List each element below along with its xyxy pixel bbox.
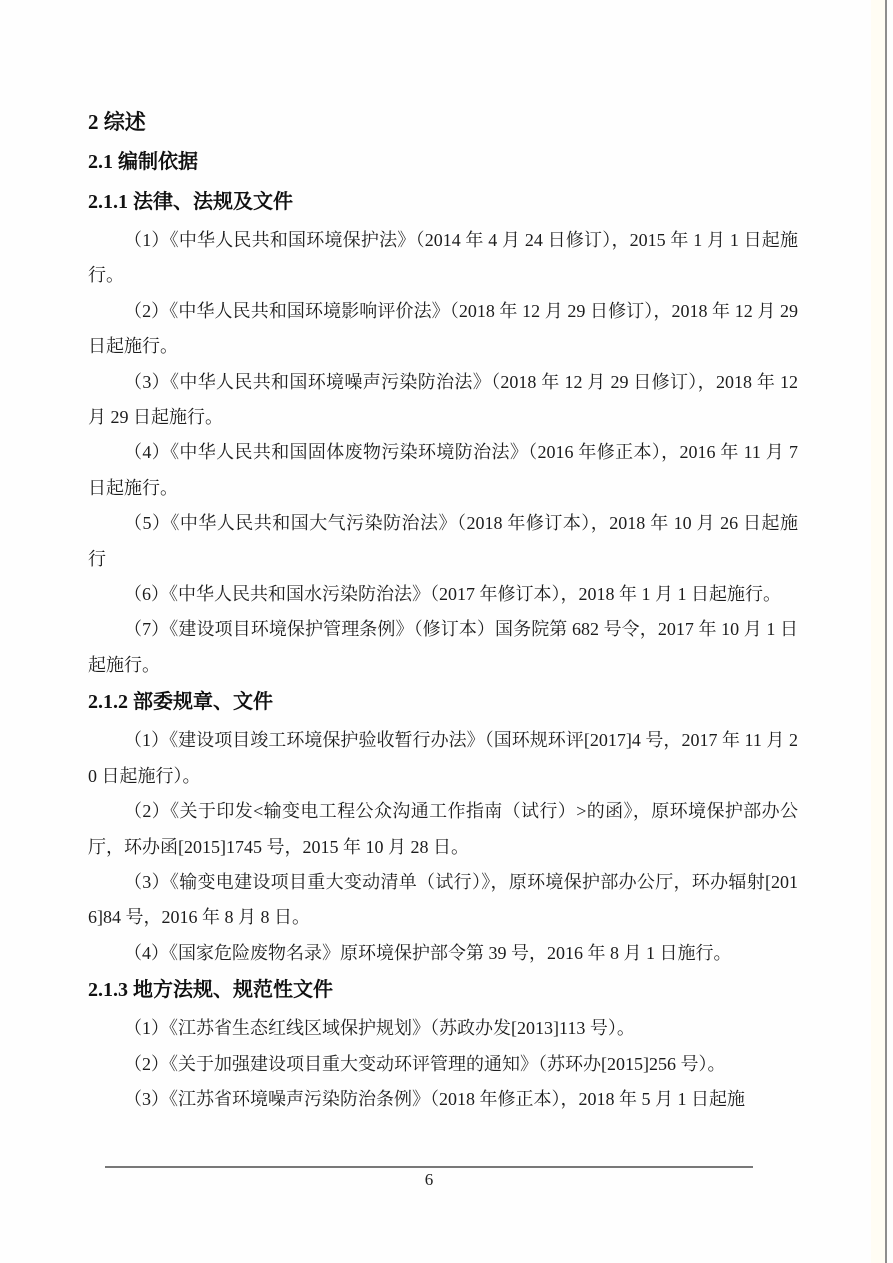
paragraph-ministry-1: （1）《建设项目竣工环境保护验收暂行办法》（国环规环评[2017]4 号，201… — [88, 723, 798, 794]
subsection-heading-local: 2.1.3 地方法规、规范性文件 — [88, 974, 798, 1006]
paragraph-law-7: （7）《建设项目环境保护管理条例》（修订本）国务院第 682 号令，2017 年… — [88, 612, 798, 683]
paragraph-ministry-4: （4）《国家危险废物名录》原环境保护部令第 39 号，2016 年 8 月 1 … — [88, 936, 798, 971]
paragraph-ministry-2: （2）《关于印发<输变电工程公众沟通工作指南（试行）>的函》，原环境保护部办公厅… — [88, 794, 798, 865]
paragraph-law-3: （3）《中华人民共和国环境噪声污染防治法》（2018 年 12 月 29 日修订… — [88, 365, 798, 436]
paragraph-law-4: （4）《中华人民共和国固体废物污染环境防治法》（2016 年修正本），2016 … — [88, 435, 798, 506]
page-edge-shadow — [871, 0, 885, 1263]
subsection-heading-ministry: 2.1.2 部委规章、文件 — [88, 686, 798, 718]
paragraph-law-5: （5）《中华人民共和国大气污染防治法》（2018 年修订本），2018 年 10… — [88, 506, 798, 577]
page-edge-line — [885, 0, 887, 1263]
paragraph-local-1: （1）《江苏省生态红线区域保护规划》（苏政办发[2013]113 号）。 — [88, 1011, 798, 1046]
paragraph-law-2: （2）《中华人民共和国环境影响评价法》（2018 年 12 月 29 日修订），… — [88, 294, 798, 365]
section-heading: 2.1 编制依据 — [88, 146, 798, 178]
chapter-heading: 2 综述 — [88, 106, 798, 138]
paragraph-ministry-3: （3）《输变电建设项目重大变动清单（试行）》，原环境保护部办公厅，环办辐射[20… — [88, 865, 798, 936]
paragraph-local-3: （3）《江苏省环境噪声污染防治条例》（2018 年修正本），2018 年 5 月… — [88, 1082, 798, 1117]
paragraph-law-1: （1）《中华人民共和国环境保护法》（2014 年 4 月 24 日修订），201… — [88, 223, 798, 294]
page-footer: 6 — [105, 1166, 753, 1192]
paragraph-local-2: （2）《关于加强建设项目重大变动环评管理的通知》（苏环办[2015]256 号）… — [88, 1047, 798, 1082]
paragraph-law-6: （6）《中华人民共和国水污染防治法》（2017 年修订本），2018 年 1 月… — [88, 577, 798, 612]
subsection-heading-laws: 2.1.1 法律、法规及文件 — [88, 186, 798, 218]
document-page: 2 综述 2.1 编制依据 2.1.1 法律、法规及文件 （1）《中华人民共和国… — [0, 0, 893, 1263]
page-number: 6 — [105, 1168, 753, 1192]
page-content: 2 综述 2.1 编制依据 2.1.1 法律、法规及文件 （1）《中华人民共和国… — [88, 106, 798, 1117]
